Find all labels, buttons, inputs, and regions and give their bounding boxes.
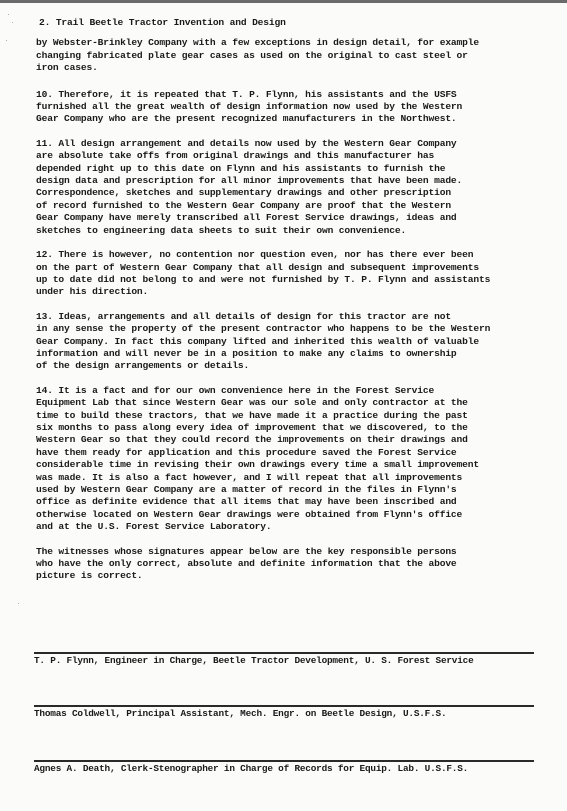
paragraph-13: 13. Ideas, arrangements and all details … bbox=[36, 311, 566, 373]
scan-speck bbox=[6, 40, 7, 41]
signature-caption: Agnes A. Death, Clerk-Stenographer in Ch… bbox=[34, 763, 564, 774]
paragraph-continuation: by Webster-Brinkley Company with a few e… bbox=[36, 37, 566, 74]
paragraph-10: 10. Therefore, it is repeated that T. P.… bbox=[36, 89, 566, 126]
signature-caption: T. P. Flynn, Engineer in Charge, Beetle … bbox=[34, 655, 564, 666]
scan-speck bbox=[12, 22, 13, 23]
signature-line bbox=[34, 705, 534, 707]
signature-block-coldwell: Thomas Coldwell, Principal Assistant, Me… bbox=[34, 705, 564, 719]
paragraph-14: 14. It is a fact and for our own conveni… bbox=[36, 385, 566, 534]
paragraph-12: 12. There is however, no contention nor … bbox=[36, 249, 566, 299]
signature-caption: Thomas Coldwell, Principal Assistant, Me… bbox=[34, 708, 564, 719]
signature-block-death: Agnes A. Death, Clerk-Stenographer in Ch… bbox=[34, 760, 564, 774]
paragraph-11: 11. All design arrangement and details n… bbox=[36, 138, 566, 237]
page-top-edge bbox=[0, 0, 567, 3]
signature-line bbox=[34, 760, 534, 762]
signature-block-flynn: T. P. Flynn, Engineer in Charge, Beetle … bbox=[34, 652, 564, 666]
signature-line bbox=[34, 652, 534, 654]
scan-speck bbox=[18, 603, 19, 604]
typed-document: 2. Trail Beetle Tractor Invention and De… bbox=[36, 17, 566, 583]
closing-statement: The witnesses whose signatures appear be… bbox=[36, 546, 566, 583]
scan-speck bbox=[8, 14, 9, 15]
section-heading: 2. Trail Beetle Tractor Invention and De… bbox=[39, 17, 566, 29]
